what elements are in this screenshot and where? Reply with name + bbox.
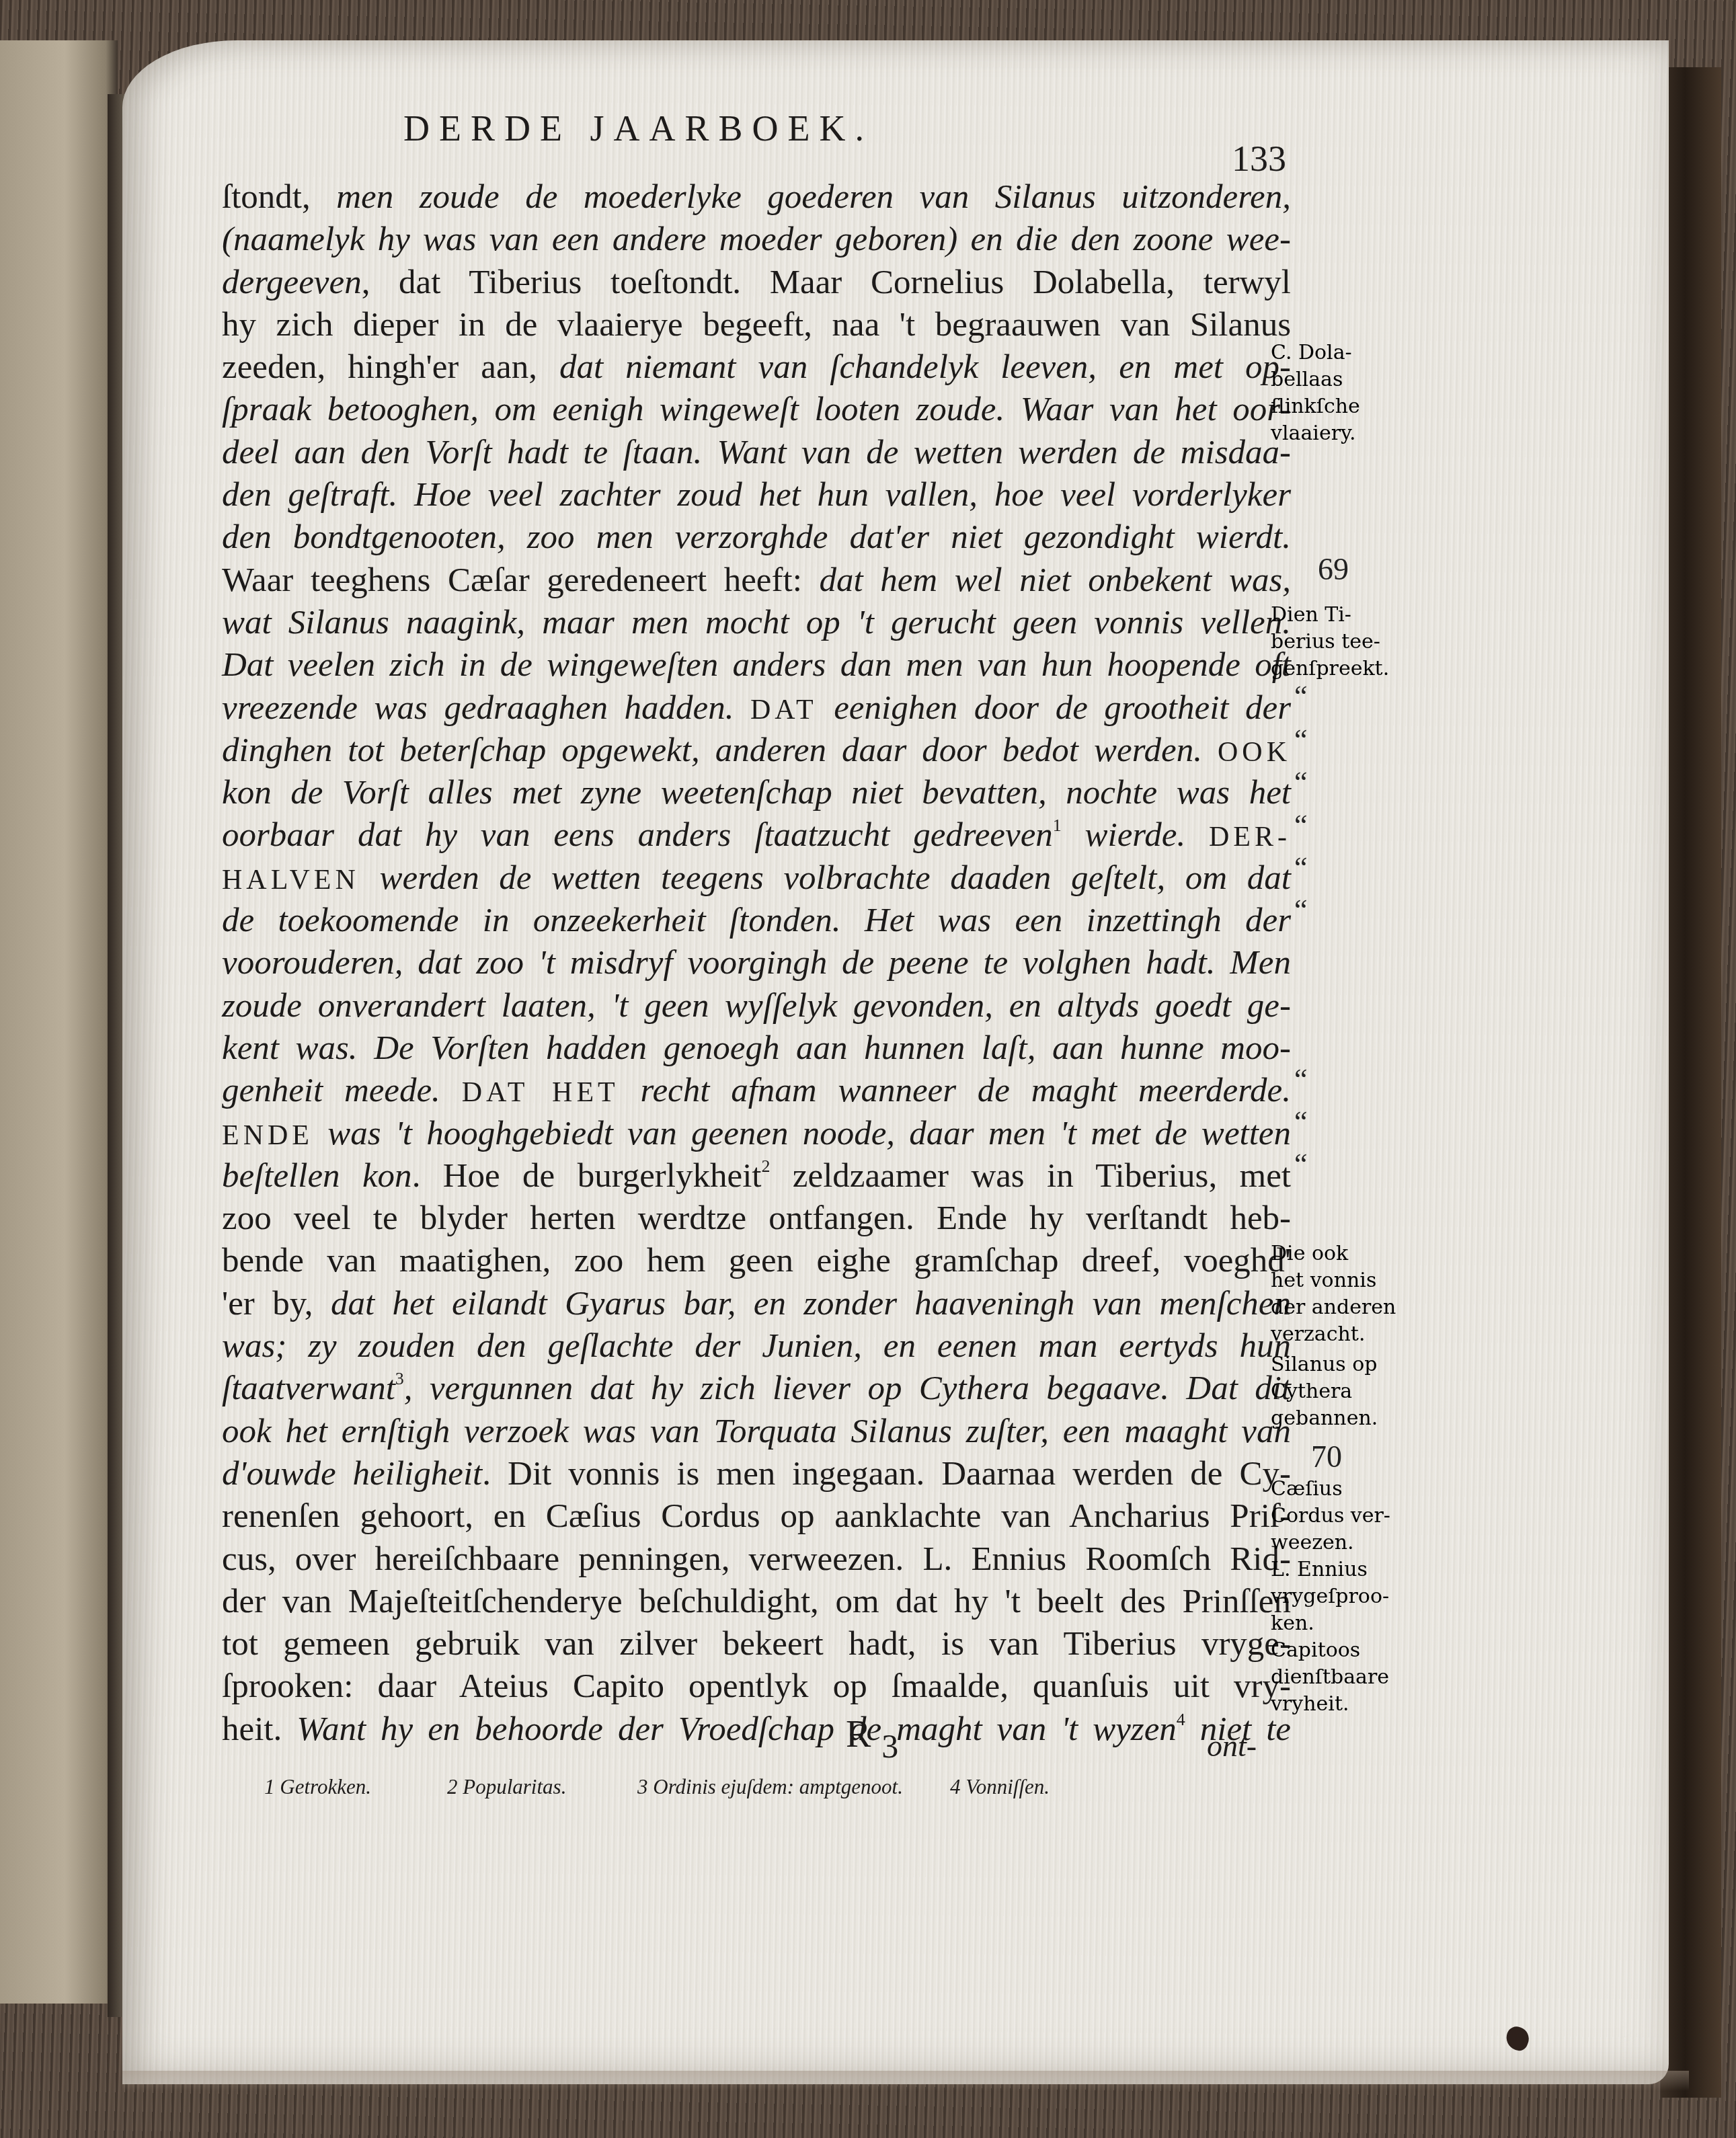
text-line: heit. Want hy en behoorde der Vroedſchap… xyxy=(222,1708,1291,1751)
quotation-mark: “ xyxy=(1294,1062,1308,1097)
running-title: DERDE JAARBOEK. xyxy=(403,108,873,149)
text-line: kent was. De Vorſten hadden genoegh aan … xyxy=(222,1027,1291,1070)
text-run: Waar teeghens Cæſar geredeneert heeft: xyxy=(222,561,819,599)
footnote-ref: 1 xyxy=(1053,816,1062,835)
margin-note: Die ookhet vonnisder anderenverzacht. xyxy=(1271,1240,1396,1348)
text-line: dinghen tot beterſchap opgewekt, anderen… xyxy=(222,729,1291,772)
margin-note-line: weezen. xyxy=(1271,1530,1390,1556)
text-run: ſtaatverwant xyxy=(222,1370,395,1407)
text-run: deel aan den Vorſt hadt te ſtaan. Want v… xyxy=(222,434,1291,471)
text-run: wierde. xyxy=(1062,816,1209,854)
text-run: vreezende was gedraaghen hadden. xyxy=(222,689,750,727)
text-line: Dat veelen zich in de wingeweſten anders… xyxy=(222,644,1291,686)
margin-note-line: Dien Ti- xyxy=(1271,602,1389,629)
text-run: wat Silanus naagink, maar men mocht op '… xyxy=(222,604,1291,641)
margin-note-line: Die ook xyxy=(1271,1240,1396,1267)
text-line: (naamelyk hy was van een andere moeder g… xyxy=(222,219,1291,261)
margin-note: Dien Ti-berius tee-genſpreekt. xyxy=(1271,602,1389,682)
page-bottom-shadow xyxy=(122,2071,1689,2091)
margin-note-line: Silanus op xyxy=(1271,1351,1378,1378)
text-run: 'er by, xyxy=(222,1285,331,1322)
text-line: dergeeven, dat Tiberius toeſtondt. Maar … xyxy=(222,262,1291,304)
text-run: (naamelyk hy was van een andere moeder g… xyxy=(222,221,1291,258)
margin-note: L. Enniusvrygeſproo-ken. xyxy=(1271,1556,1389,1637)
text-run: dinghen tot beterſchap opgewekt, anderen… xyxy=(222,731,1218,769)
text-line: 'er by, dat het eilandt Gyarus bar, en z… xyxy=(222,1283,1291,1325)
margin-note-line: dienſtbaare xyxy=(1271,1664,1389,1691)
text-run: ſprooken: daar Ateius Capito opentlyk op… xyxy=(222,1667,1291,1705)
margin-note: Capitoosdienſtbaarevryheit. xyxy=(1271,1637,1389,1718)
text-run: kent was. De Vorſten hadden genoegh aan … xyxy=(222,1029,1291,1067)
margin-note-line: C. Dola- xyxy=(1271,340,1360,366)
text-line: zeeden, hingh'er aan, dat niemant van ſc… xyxy=(222,346,1291,389)
text-run: Want hy en behoorde der Vroedſchap de ma… xyxy=(297,1710,1177,1748)
text-run: DER- xyxy=(1209,822,1291,853)
text-line: voorouderen, dat zoo 't misdryf voorging… xyxy=(222,942,1291,984)
text-run: dat het eilandt Gyarus bar, en zonder ha… xyxy=(331,1285,1291,1322)
footnote-ref: 2 xyxy=(761,1156,770,1176)
text-run: oorbaar dat hy van eens anders ſtaatzuch… xyxy=(222,816,1053,854)
catchword: ont- xyxy=(1207,1728,1257,1764)
footnote: 1 Getrokken. xyxy=(264,1775,371,1799)
margin-note-line: der anderen xyxy=(1271,1294,1396,1321)
text-line: ſpraak betooghen, om eenigh wingeweſt lo… xyxy=(222,389,1291,431)
text-run: Dat veelen zich in de wingeweſten anders… xyxy=(222,646,1291,684)
quotation-mark: “ xyxy=(1294,765,1308,799)
text-run: zoude onverandert laaten, 't geen wyſſel… xyxy=(222,987,1291,1025)
text-line: wat Silanus naagink, maar men mocht op '… xyxy=(222,602,1291,644)
margin-note-line: vlaaiery. xyxy=(1271,420,1360,447)
text-run: heit. xyxy=(222,1710,297,1748)
margin-note-line: vrygeſproo- xyxy=(1271,1583,1389,1610)
body-text: ſtondt, men zoude de moederlyke goederen… xyxy=(222,176,1291,1751)
text-line: beſtellen kon. Hoe de burgerlykheit2 zel… xyxy=(222,1155,1291,1197)
text-run: ENDE xyxy=(222,1120,313,1151)
chapter-number: 69 xyxy=(1318,551,1349,587)
margin-note-line: ken. xyxy=(1271,1610,1389,1637)
text-line: ſtaatverwant3, vergunnen dat hy zich lie… xyxy=(222,1368,1291,1410)
margin-note-line: vryheit. xyxy=(1271,1691,1389,1718)
text-line: de toekoomende in onzeekerheit ſtonden. … xyxy=(222,900,1291,942)
text-line: zoo veel te blyder herten werdtze ontfan… xyxy=(222,1197,1291,1240)
text-run: den geſtraft. Hoe veel zachter zoud het … xyxy=(222,476,1291,514)
margin-note-line: bellaas xyxy=(1271,366,1360,393)
text-line: ſprooken: daar Ateius Capito opentlyk op… xyxy=(222,1665,1291,1708)
text-run: d'ouwde heiligheit xyxy=(222,1455,482,1493)
quotation-mark: “ xyxy=(1294,1105,1308,1139)
page-block-edges xyxy=(1661,67,1721,2098)
text-line: kon de Vorſt alles met zyne weetenſchap … xyxy=(222,772,1291,814)
margin-note: CæſiusCordus ver-weezen. xyxy=(1271,1476,1390,1556)
text-line: hy zich dieper in de vlaaierye begeeft, … xyxy=(222,304,1291,346)
text-line: ENDE was 't hooghgebiedt van geenen nood… xyxy=(222,1113,1291,1155)
text-run: dat niemant van ſchandelyk leeven, en me… xyxy=(559,348,1291,386)
text-line: ook het ernſtigh verzoek was van Torquat… xyxy=(222,1411,1291,1453)
text-run: ook het ernſtigh verzoek was van Torquat… xyxy=(222,1413,1291,1450)
text-run: zoo veel te blyder herten werdtze ontfan… xyxy=(222,1199,1291,1237)
text-line: oorbaar dat hy van eens anders ſtaatzuch… xyxy=(222,814,1291,857)
text-run: werden de wetten teegens volbrachte daad… xyxy=(360,859,1291,897)
text-run: dat hem wel niet onbekent was, xyxy=(819,561,1291,599)
text-line: der van Majeſteitſchenderye beſchuldight… xyxy=(222,1581,1291,1623)
text-line: zoude onverandert laaten, 't geen wyſſel… xyxy=(222,985,1291,1027)
text-line: renenſen gehoort, en Cæſius Cordus op aa… xyxy=(222,1495,1291,1538)
footnote: 2 Popularitas. xyxy=(447,1775,566,1799)
page-number: 133 xyxy=(1232,138,1286,180)
text-run: beſtellen kon xyxy=(222,1157,412,1195)
text-run: men zoude de moederlyke goederen van Sil… xyxy=(336,178,1291,216)
margin-note-line: verzacht. xyxy=(1271,1321,1396,1348)
quotation-mark: “ xyxy=(1294,723,1308,757)
text-run: cus, over hereiſchbaare penningen, verwe… xyxy=(222,1540,1291,1578)
text-run: OOK xyxy=(1218,737,1291,768)
text-run: HALVEN xyxy=(222,865,360,896)
text-run: ſtondt, xyxy=(222,178,336,216)
text-run: was; zy zouden den geſlachte der Junien,… xyxy=(222,1327,1291,1365)
text-line: vreezende was gedraaghen hadden. DAT een… xyxy=(222,687,1291,729)
text-line: genheit meede. DAT HET recht afnam wanne… xyxy=(222,1070,1291,1112)
footnote: 3 Ordinis ejuſdem: amptgenoot. xyxy=(637,1775,903,1799)
quotation-mark: “ xyxy=(1294,679,1308,713)
text-run: der van Majeſteitſchenderye beſchuldight… xyxy=(222,1583,1291,1620)
text-line: deel aan den Vorſt hadt te ſtaan. Want v… xyxy=(222,432,1291,474)
text-run: tot gemeen gebruik van zilver bekeert ha… xyxy=(222,1625,1291,1663)
text-line: d'ouwde heiligheit. Dit vonnis is men in… xyxy=(222,1453,1291,1495)
text-run: bende van maatighen, zoo hem geen eighe … xyxy=(222,1242,1291,1279)
text-line: was; zy zouden den geſlachte der Junien,… xyxy=(222,1325,1291,1368)
margin-note-line: berius tee- xyxy=(1271,629,1389,656)
text-run: voorouderen, dat zoo 't misdryf voorging… xyxy=(222,944,1291,982)
text-line: bende van maatighen, zoo hem geen eighe … xyxy=(222,1240,1291,1282)
margin-note-line: ſlinkſche xyxy=(1271,393,1360,420)
facing-left-page xyxy=(0,40,118,2004)
margin-note: Silanus opCytheragebannen. xyxy=(1271,1351,1378,1432)
margin-note-line: L. Ennius xyxy=(1271,1556,1389,1583)
text-run: . Dit vonnis is men ingegaan. Daarnaa we… xyxy=(482,1455,1291,1493)
text-run: . Hoe de burgerlykheit xyxy=(412,1157,762,1195)
text-run: was 't hooghgebiedt van geenen noode, da… xyxy=(313,1115,1291,1152)
footnote: 4 Vonniſſen. xyxy=(950,1775,1050,1799)
margin-note-line: gebannen. xyxy=(1271,1405,1378,1432)
text-run: hy zich dieper in de vlaaierye begeeft, … xyxy=(222,306,1291,344)
text-run: DAT HET xyxy=(462,1077,619,1108)
margin-note-line: Cæſius xyxy=(1271,1476,1390,1503)
text-run: de toekoomende in onzeekerheit ſtonden. … xyxy=(222,902,1291,939)
text-run: DAT xyxy=(750,695,818,725)
text-run: recht afnam wanneer de maght meerderde. xyxy=(619,1072,1291,1109)
text-line: HALVEN werden de wetten teegens volbrach… xyxy=(222,857,1291,900)
signature-mark: R3 xyxy=(846,1713,898,1756)
text-line: den bondtgenooten, zoo men verzorghde da… xyxy=(222,516,1291,559)
quotation-mark: “ xyxy=(1294,808,1308,842)
text-run: den bondtgenooten, zoo men verzorghde da… xyxy=(222,518,1291,556)
margin-note-line: genſpreekt. xyxy=(1271,656,1389,682)
text-run: kon de Vorſt alles met zyne weetenſchap … xyxy=(222,774,1291,811)
signature-number: 3 xyxy=(881,1727,898,1765)
quotation-mark: “ xyxy=(1294,850,1308,885)
margin-note-line: het vonnis xyxy=(1271,1267,1396,1294)
text-line: ſtondt, men zoude de moederlyke goederen… xyxy=(222,176,1291,219)
text-run: ſpraak betooghen, om eenigh wingeweſt lo… xyxy=(222,391,1291,428)
text-run: , vergunnen dat hy zich liever op Cyther… xyxy=(404,1370,1291,1407)
text-run: zeeden, hingh'er aan, xyxy=(222,348,559,386)
margin-note-line: Capitoos xyxy=(1271,1637,1389,1664)
footnote-ref: 4 xyxy=(1177,1710,1185,1729)
margin-note-line: Cordus ver- xyxy=(1271,1503,1390,1530)
chapter-number: 70 xyxy=(1311,1439,1342,1474)
text-run: renenſen gehoort, en Cæſius Cordus op aa… xyxy=(222,1497,1291,1535)
text-run: dergeeven xyxy=(222,264,362,301)
text-line: den geſtraft. Hoe veel zachter zoud het … xyxy=(222,474,1291,516)
footnote-ref: 3 xyxy=(395,1369,404,1388)
text-line: tot gemeen gebruik van zilver bekeert ha… xyxy=(222,1623,1291,1665)
text-line: Waar teeghens Cæſar geredeneert heeft: d… xyxy=(222,559,1291,602)
margin-note: C. Dola-bellaasſlinkſchevlaaiery. xyxy=(1271,340,1360,447)
text-run: eenighen door de grootheit der xyxy=(818,689,1291,727)
quotation-mark: “ xyxy=(1294,1147,1308,1181)
margin-note-line: Cythera xyxy=(1271,1378,1378,1405)
signature-letter: R xyxy=(846,1714,871,1755)
quotation-mark: “ xyxy=(1294,893,1308,927)
text-run: genheit meede. xyxy=(222,1072,462,1109)
text-run: , dat Tiberius toeſtondt. Maar Cornelius… xyxy=(362,264,1291,301)
text-line: cus, over hereiſchbaare penningen, verwe… xyxy=(222,1538,1291,1581)
text-run: zeldzaamer was in Tiberius, met xyxy=(770,1157,1291,1195)
